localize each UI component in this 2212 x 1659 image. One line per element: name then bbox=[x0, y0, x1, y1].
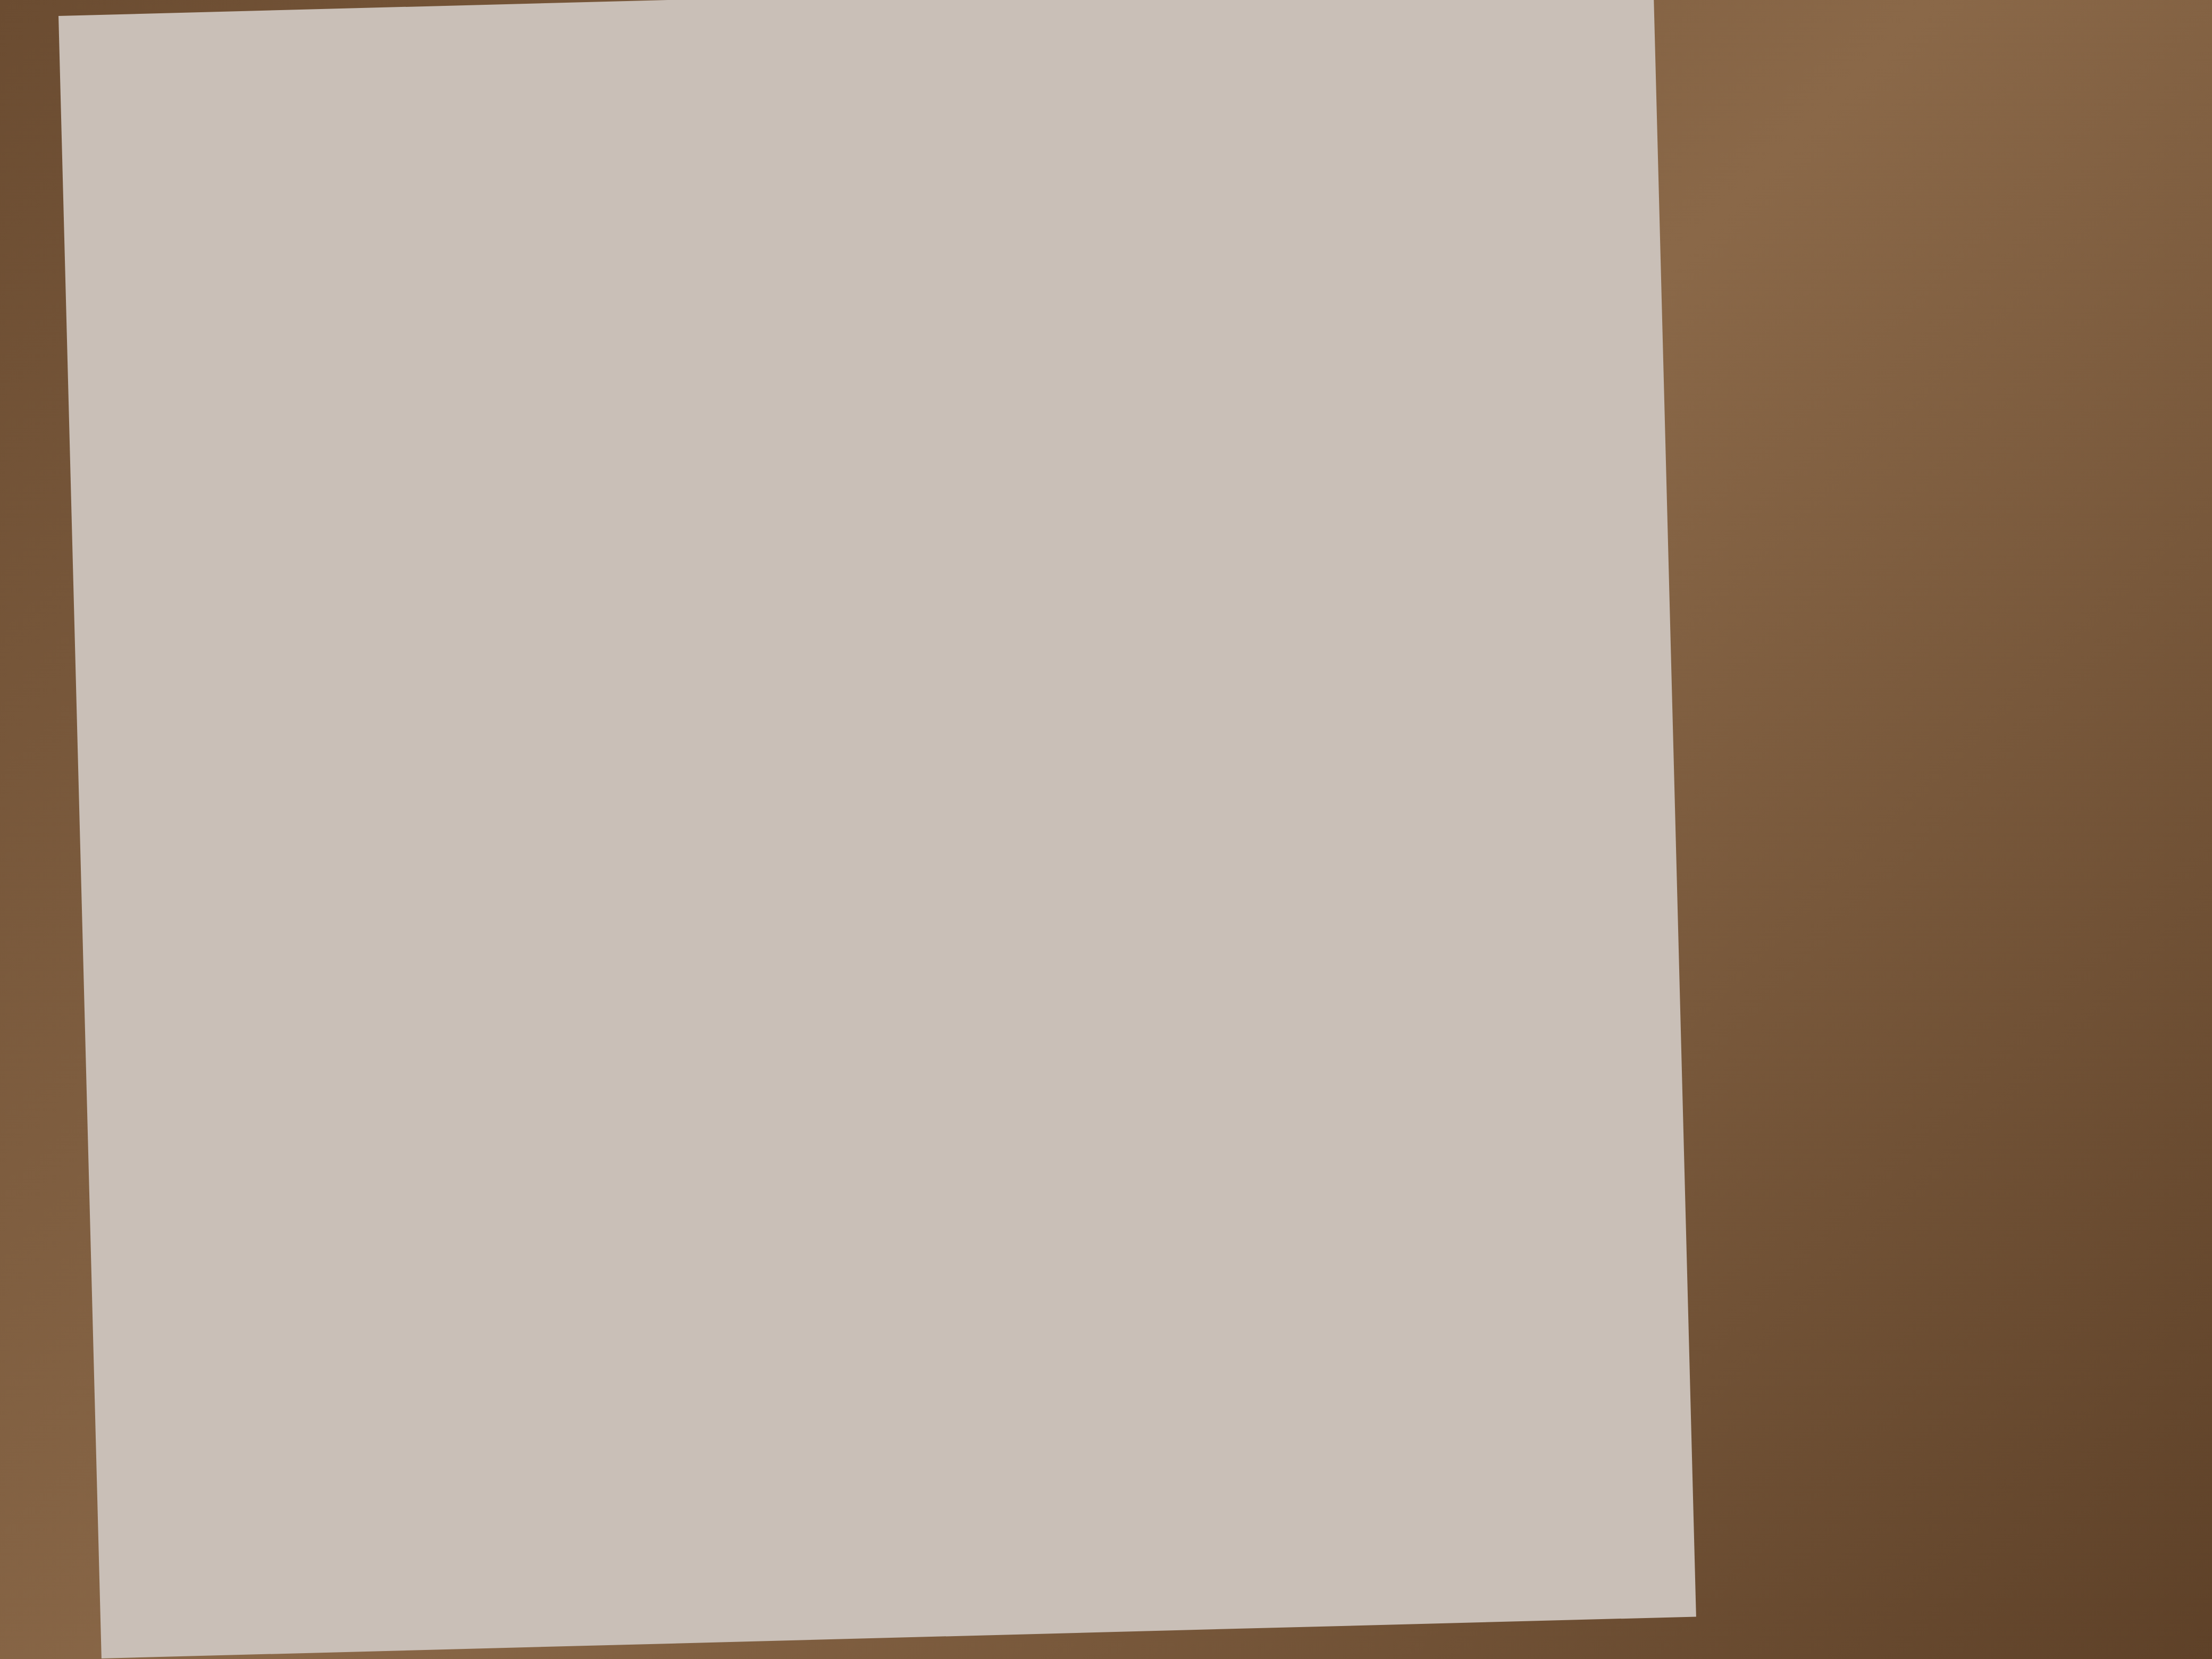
paper-sheet bbox=[58, 0, 1696, 1658]
document-page: ONE ROOF CỘNG HÒA XÃ HỘI CHỦ NGHĨA VIỆT … bbox=[1654, 0, 2212, 32]
